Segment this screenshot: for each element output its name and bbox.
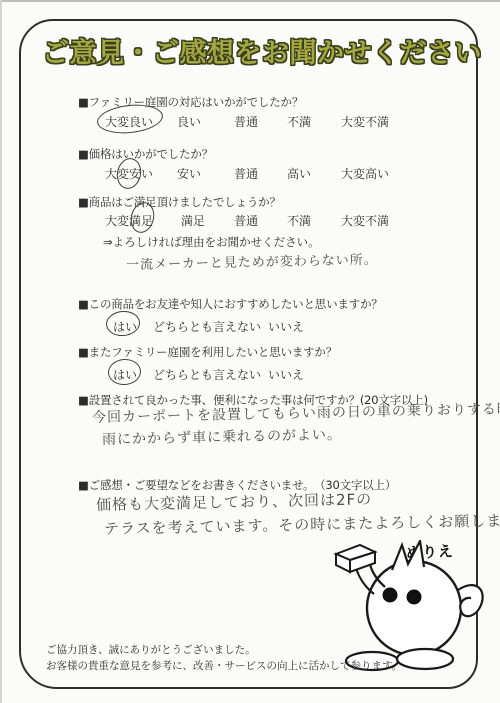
mascot-right-eye xyxy=(407,590,422,605)
page-title: ご意見・ご感想をお聞かせください xyxy=(42,31,472,70)
q1-option-3: 普通 xyxy=(234,113,258,130)
q5-option-2: どちらとも言えない xyxy=(153,366,261,383)
q1-option-2: 良い xyxy=(177,113,201,130)
scan-edge-left xyxy=(0,0,2,703)
question-5-label: ■またファミリー庭園を利用したいと思いますか？ xyxy=(78,344,337,360)
mascot-left-eye xyxy=(383,588,398,603)
q2-option-2: 安い xyxy=(177,165,201,182)
q2-option-5: 大変高い xyxy=(341,165,389,182)
q1-option-5: 大変不満 xyxy=(341,113,389,130)
q4-option-3: いいえ xyxy=(268,318,304,335)
question-3-label: ■商品はご満足頂けましたでしょうか？ xyxy=(78,194,281,210)
mascot-right-foot xyxy=(397,649,453,669)
q2-option-3: 普通 xyxy=(234,165,258,182)
q1-option-4: 不満 xyxy=(287,113,311,130)
mascot-right-arm xyxy=(458,585,483,616)
q4-option-2: どちらとも言えない xyxy=(153,318,261,335)
q3-followup: ⇒よろしければ理由をお聞かせください。 xyxy=(103,234,320,250)
q5-option-3: いいえ xyxy=(268,366,304,383)
q2-option-4: 高い xyxy=(287,165,311,182)
q3-option-5: 大変不満 xyxy=(341,212,389,229)
q3-option-2: 満足 xyxy=(181,212,205,229)
scan-edge-top xyxy=(0,0,500,2)
footer-thanks-line: ご協力頂き、誠にありがとうございました。 xyxy=(46,642,256,657)
mascot-character-drawing xyxy=(322,540,490,675)
footer-improvement-line: お客様の貴重な意見を参考に、改善・サービスの向上に活かして参ります。 xyxy=(46,658,402,673)
q3-option-3: 普通 xyxy=(234,212,258,229)
mascot-body xyxy=(367,561,461,655)
survey-scan-page: ご意見・ご感想をお聞かせください ■ファミリー庭園の対応はいかがでしたか？ 大変… xyxy=(0,0,500,703)
mascot-hair-spikes-icon xyxy=(392,541,424,570)
question-2-label: ■価格はいかがでしたか？ xyxy=(78,146,213,162)
q3-option-4: 不満 xyxy=(287,212,311,229)
question-4-label: ■この商品をお友達や知人におすすめしたいと思いますか？ xyxy=(78,296,383,312)
